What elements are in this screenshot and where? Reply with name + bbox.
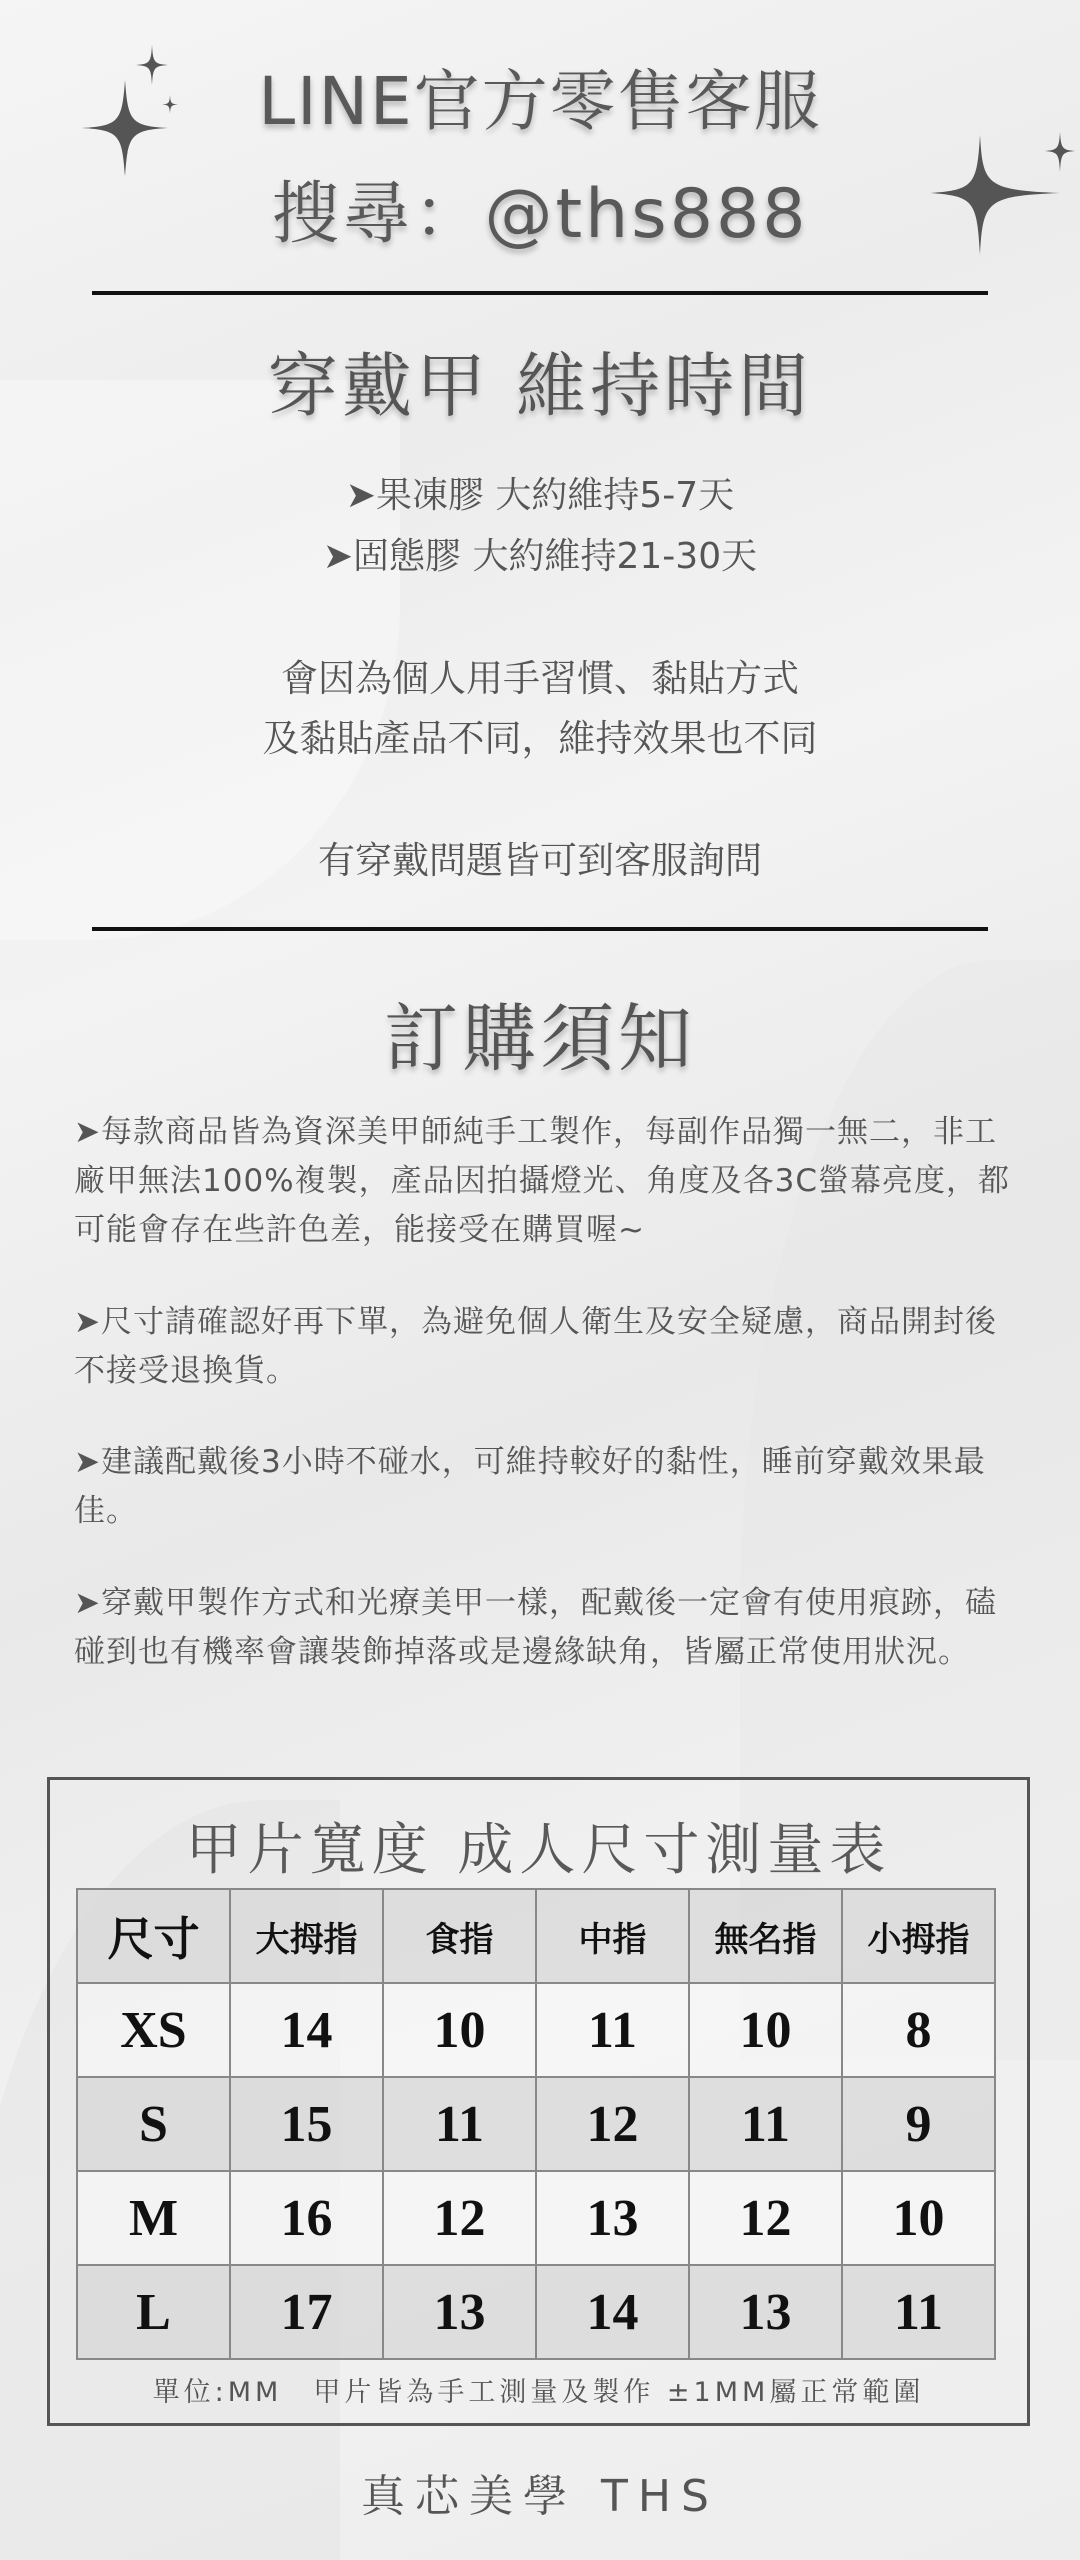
- table-cell: 9: [842, 2077, 995, 2171]
- order-note: ➤建議配戴後3小時不碰水，可維持較好的黏性，睡前穿戴效果最佳。: [74, 1438, 1014, 1536]
- table-cell: 14: [536, 2265, 689, 2359]
- column-header: 大拇指: [230, 1889, 383, 1983]
- line-official-title: LINE官方零售客服: [0, 48, 1080, 143]
- column-header: 小拇指: [842, 1889, 995, 1983]
- wear-note-line: 會因為個人用手習慣、黏貼方式: [0, 648, 1080, 702]
- table-row: XS 14 10 11 10 8: [77, 1983, 995, 2077]
- table-cell: 13: [536, 2171, 689, 2265]
- table-cell: 8: [842, 1983, 995, 2077]
- table-row: L 17 13 14 13 11: [77, 2265, 995, 2359]
- table-cell: 12: [383, 2171, 536, 2265]
- table-cell: 12: [536, 2077, 689, 2171]
- table-header-row: 尺寸 大拇指 食指 中指 無名指 小拇指: [77, 1889, 995, 1983]
- order-note: ➤尺寸請確認好再下單，為避免個人衛生及安全疑慮，商品開封後不接受退換貨。: [74, 1298, 1014, 1396]
- solid-glue-duration: ➤固態膠 大約維持21-30天: [0, 528, 1080, 579]
- jelly-glue-duration: ➤果凍膠 大約維持5-7天: [0, 467, 1080, 518]
- size-chart-title: 甲片寬度 成人尺寸測量表: [50, 1806, 1027, 1886]
- size-chart-table: 尺寸 大拇指 食指 中指 無名指 小拇指 XS 14 10 11 10 8 S …: [76, 1888, 996, 2360]
- table-row: M 16 12 13 12 10: [77, 2171, 995, 2265]
- brand-name: 真芯美學 THS: [0, 2460, 1080, 2524]
- order-note: ➤每款商品皆為資深美甲師純手工製作，每副作品獨一無二，非工廠甲無法100%複製，…: [74, 1108, 1014, 1255]
- column-header: 無名指: [689, 1889, 842, 1983]
- column-header: 食指: [383, 1889, 536, 1983]
- size-chart-footnote: 單位:MM 甲片皆為手工測量及製作 ±1MM屬正常範圍: [50, 2370, 1027, 2409]
- line-search-id: 搜尋：@ths888: [0, 160, 1080, 257]
- column-header: 中指: [536, 1889, 689, 1983]
- table-cell: 11: [689, 2077, 842, 2171]
- table-cell: 14: [230, 1983, 383, 2077]
- table-cell: 12: [689, 2171, 842, 2265]
- table-cell: 15: [230, 2077, 383, 2171]
- column-header: 尺寸: [77, 1889, 230, 1983]
- wear-note-line: 及黏貼產品不同，維持效果也不同: [0, 708, 1080, 762]
- table-cell: 13: [383, 2265, 536, 2359]
- size-label: XS: [77, 1983, 230, 2077]
- table-cell: 11: [536, 1983, 689, 2077]
- size-chart-panel: 甲片寬度 成人尺寸測量表 尺寸 大拇指 食指 中指 無名指 小拇指 XS 14 …: [47, 1777, 1030, 2426]
- order-note: ➤穿戴甲製作方式和光療美甲一樣，配戴後一定會有使用痕跡，磕碰到也有機率會讓裝飾掉…: [74, 1579, 1014, 1677]
- wear-duration-title: 穿戴甲 維持時間: [0, 330, 1080, 431]
- table-cell: 13: [689, 2265, 842, 2359]
- table-cell: 10: [842, 2171, 995, 2265]
- divider: [92, 927, 988, 931]
- order-notice-title: 訂購須知: [0, 980, 1080, 1086]
- size-label: L: [77, 2265, 230, 2359]
- table-cell: 17: [230, 2265, 383, 2359]
- table-cell: 10: [689, 1983, 842, 2077]
- table-cell: 16: [230, 2171, 383, 2265]
- size-label: M: [77, 2171, 230, 2265]
- contact-note: 有穿戴問題皆可到客服詢問: [0, 830, 1080, 884]
- table-cell: 11: [383, 2077, 536, 2171]
- table-cell: 11: [842, 2265, 995, 2359]
- table-cell: 10: [383, 1983, 536, 2077]
- divider: [92, 291, 988, 295]
- table-row: S 15 11 12 11 9: [77, 2077, 995, 2171]
- size-label: S: [77, 2077, 230, 2171]
